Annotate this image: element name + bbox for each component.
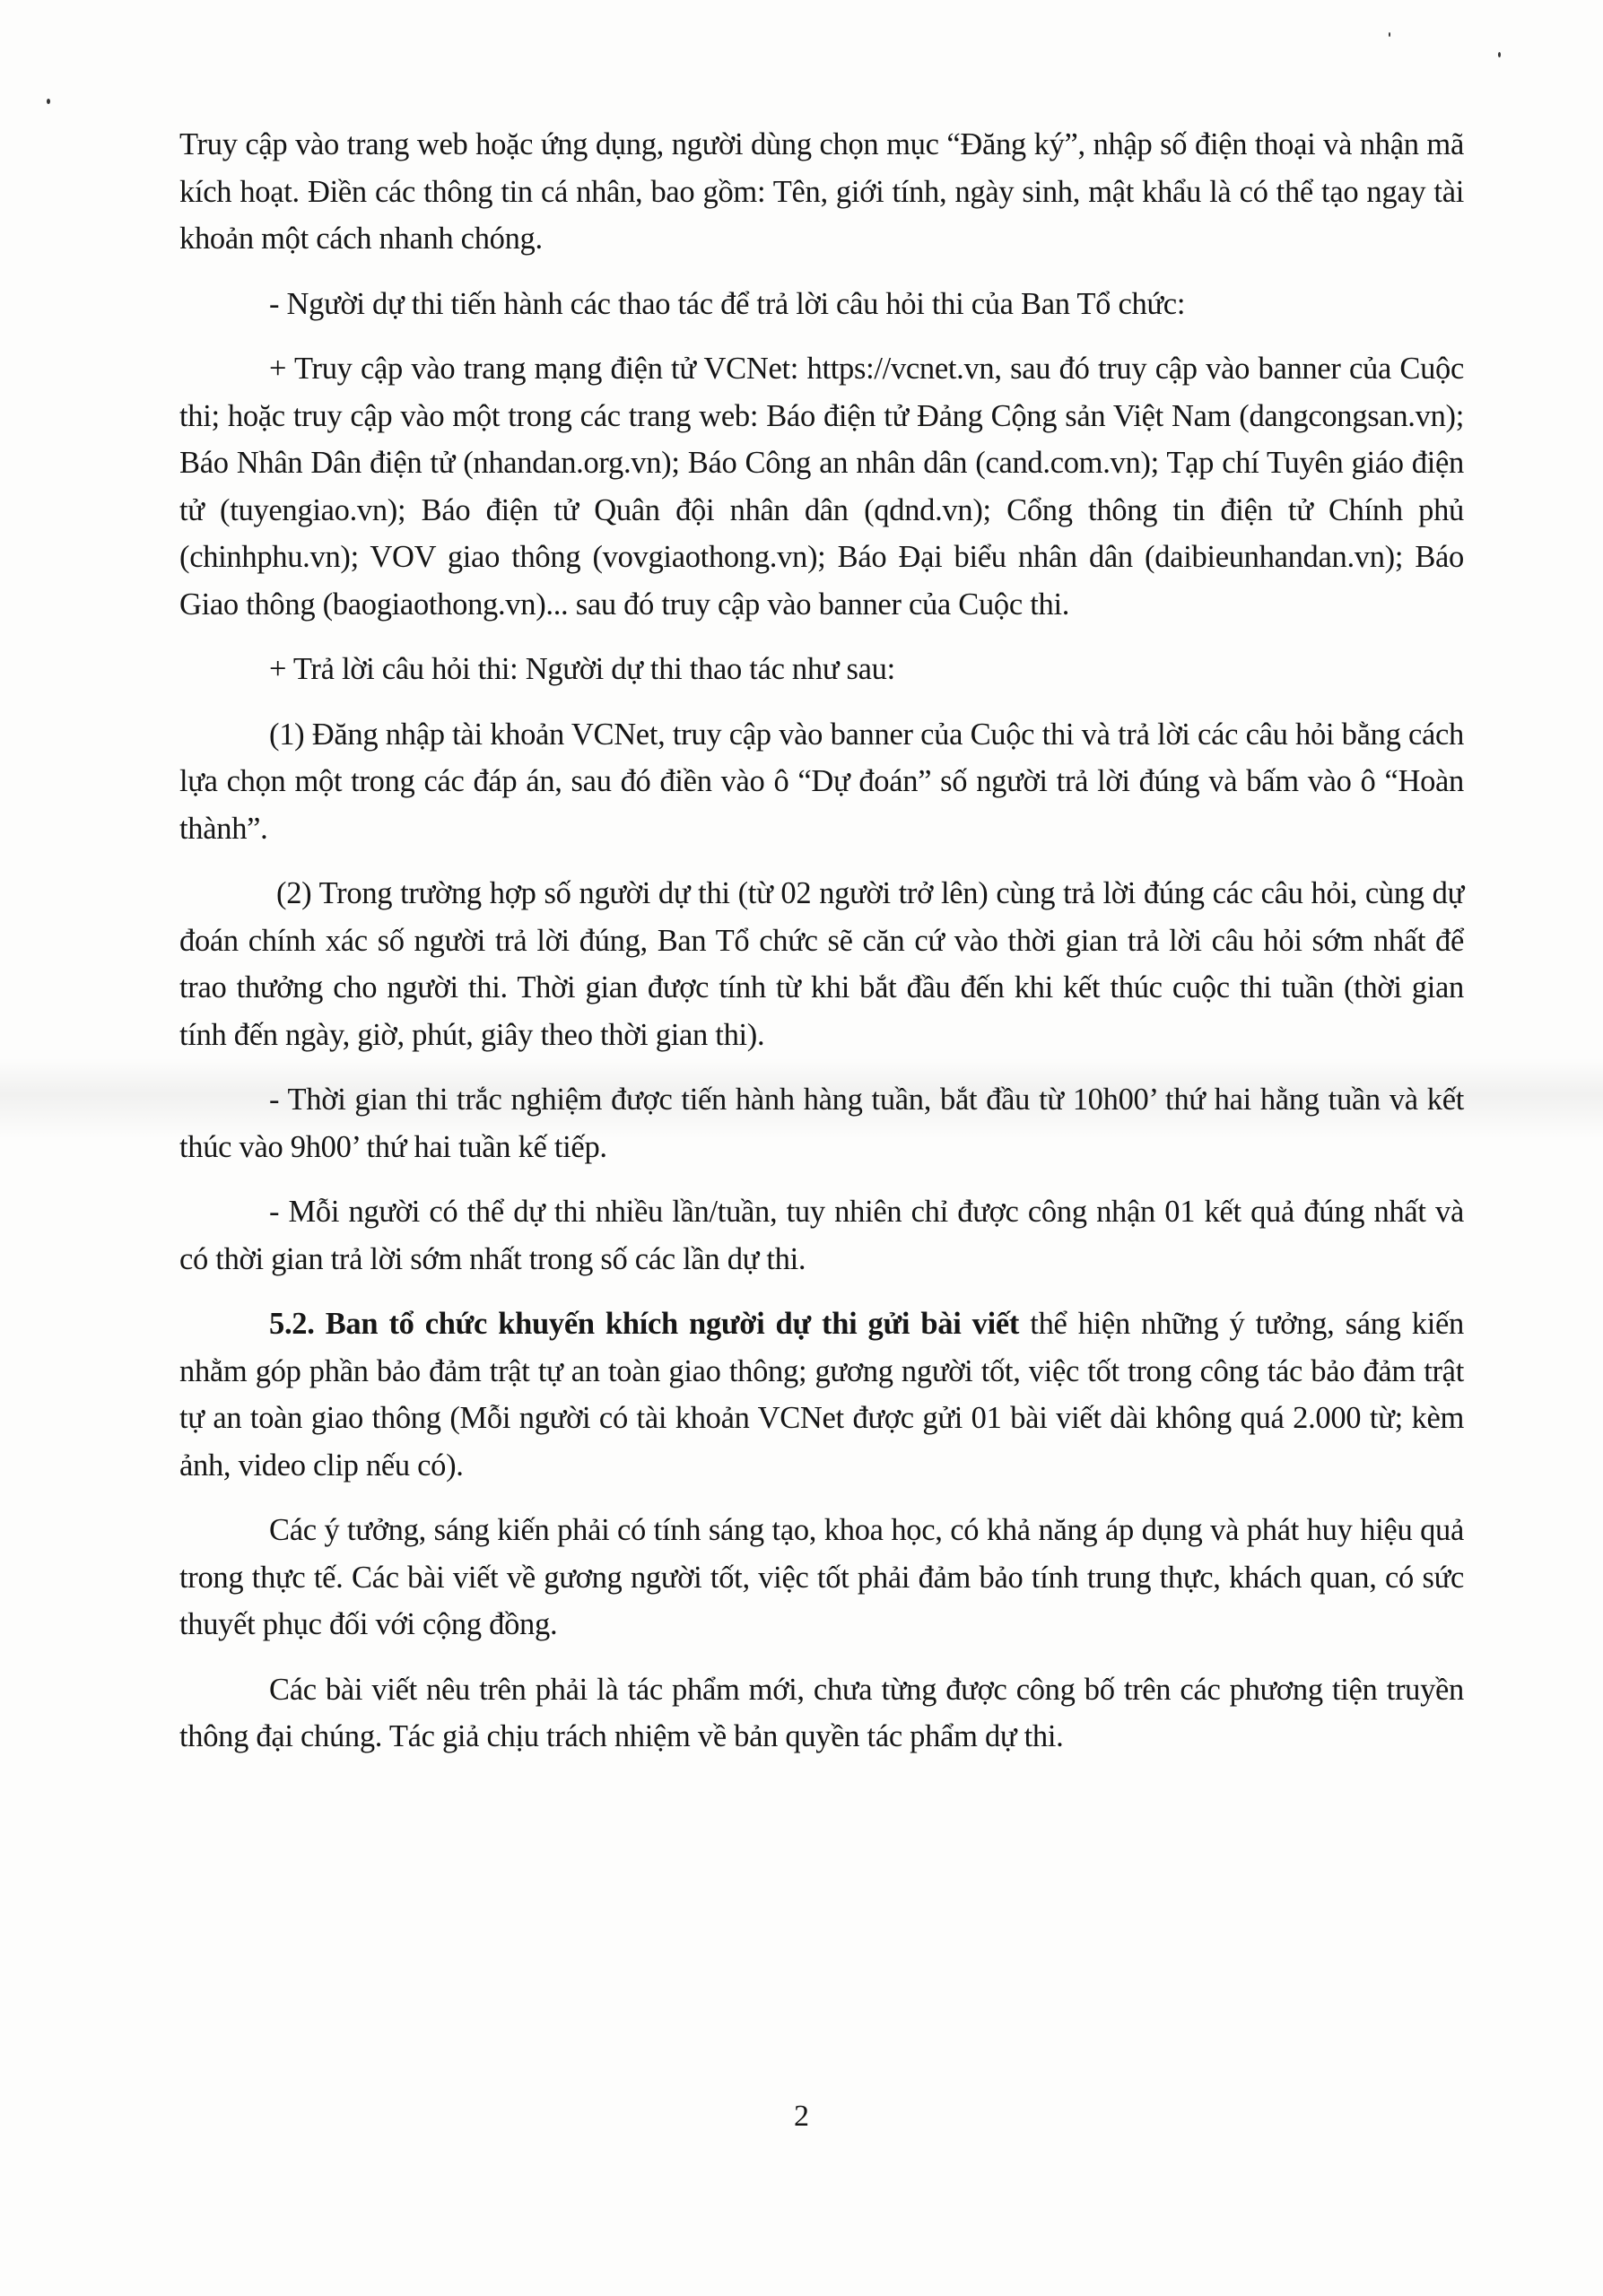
section-5-2-heading: 5.2. Ban tổ chức khuyến khích người dự t…	[269, 1307, 1019, 1341]
document-page: Truy cập vào trang web hoặc ứng dụng, ng…	[0, 0, 1603, 2296]
scan-artifact-speck	[1498, 52, 1501, 57]
page-number: 2	[0, 2099, 1603, 2135]
document-body: Truy cập vào trang web hoặc ứng dụng, ng…	[179, 121, 1464, 1779]
paragraph-participant-actions: - Người dự thi tiến hành các thao tác để…	[179, 281, 1464, 328]
scan-artifact-speck	[1389, 32, 1390, 37]
paragraph-step-2: (2) Trong trường hợp số người dự thi (từ…	[179, 870, 1464, 1058]
paragraph-answer-steps-intro: + Trả lời câu hỏi thi: Người dự thi thao…	[179, 646, 1464, 693]
paragraph-originality: Các bài viết nêu trên phải là tác phẩm m…	[179, 1666, 1464, 1761]
paragraph-ideas-requirements: Các ý tưởng, sáng kiến phải có tính sáng…	[179, 1507, 1464, 1648]
paragraph-section-5-2: 5.2. Ban tổ chức khuyến khích người dự t…	[179, 1300, 1464, 1489]
paragraph-step-1: (1) Đăng nhập tài khoản VCNet, truy cập …	[179, 711, 1464, 853]
scan-artifact-speck	[47, 99, 50, 104]
paragraph-access-sites: + Truy cập vào trang mạng điện tử VCNet:…	[179, 345, 1464, 628]
paragraph-exam-time: - Thời gian thi trắc nghiệm được tiến hà…	[179, 1076, 1464, 1170]
paragraph-multiple-attempts: - Mỗi người có thể dự thi nhiều lần/tuần…	[179, 1188, 1464, 1283]
paragraph-registration: Truy cập vào trang web hoặc ứng dụng, ng…	[179, 121, 1464, 263]
